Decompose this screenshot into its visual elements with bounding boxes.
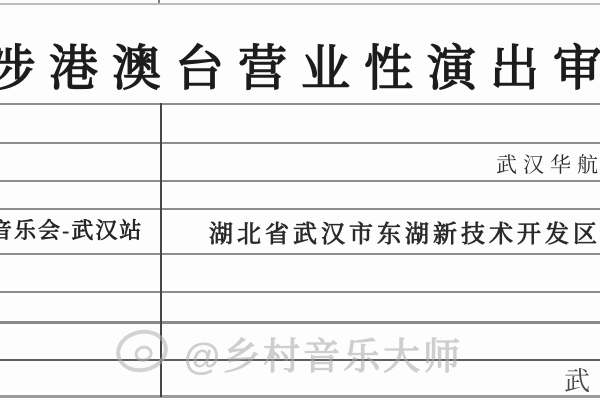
- table-cell-event-name: 音乐会-武汉站: [0, 214, 143, 245]
- table-cell-company: 武汉华航: [496, 149, 600, 179]
- table-line-6: [0, 291, 600, 293]
- document-title: 涉港澳台营业性演出审: [0, 30, 600, 100]
- table-line-3: [0, 180, 600, 182]
- table-line-7: [0, 321, 600, 324]
- weibo-logo-icon: [112, 325, 172, 377]
- weibo-logo-eye-icon: [133, 344, 154, 363]
- table-line-4: [0, 208, 600, 210]
- table-cell-venue-address: 湖北省武汉市东湖新技术开发区: [209, 214, 600, 249]
- table-line-5: [0, 253, 600, 255]
- table-line-bottom: [0, 395, 600, 398]
- table-line-2: [0, 142, 600, 144]
- watermark-handle: @乡村音乐大师: [184, 326, 463, 380]
- table-cell-fragment: 武: [564, 361, 590, 398]
- table-cell-event-wrap: 音乐会-武汉站: [0, 214, 160, 248]
- table-line-top: [0, 3, 600, 5]
- table-line-1: [0, 103, 600, 105]
- approval-document: 涉港澳台营业性演出审 武汉华航 音乐会-武汉站 湖北省武汉市东湖新技术开发区 武…: [0, 0, 600, 400]
